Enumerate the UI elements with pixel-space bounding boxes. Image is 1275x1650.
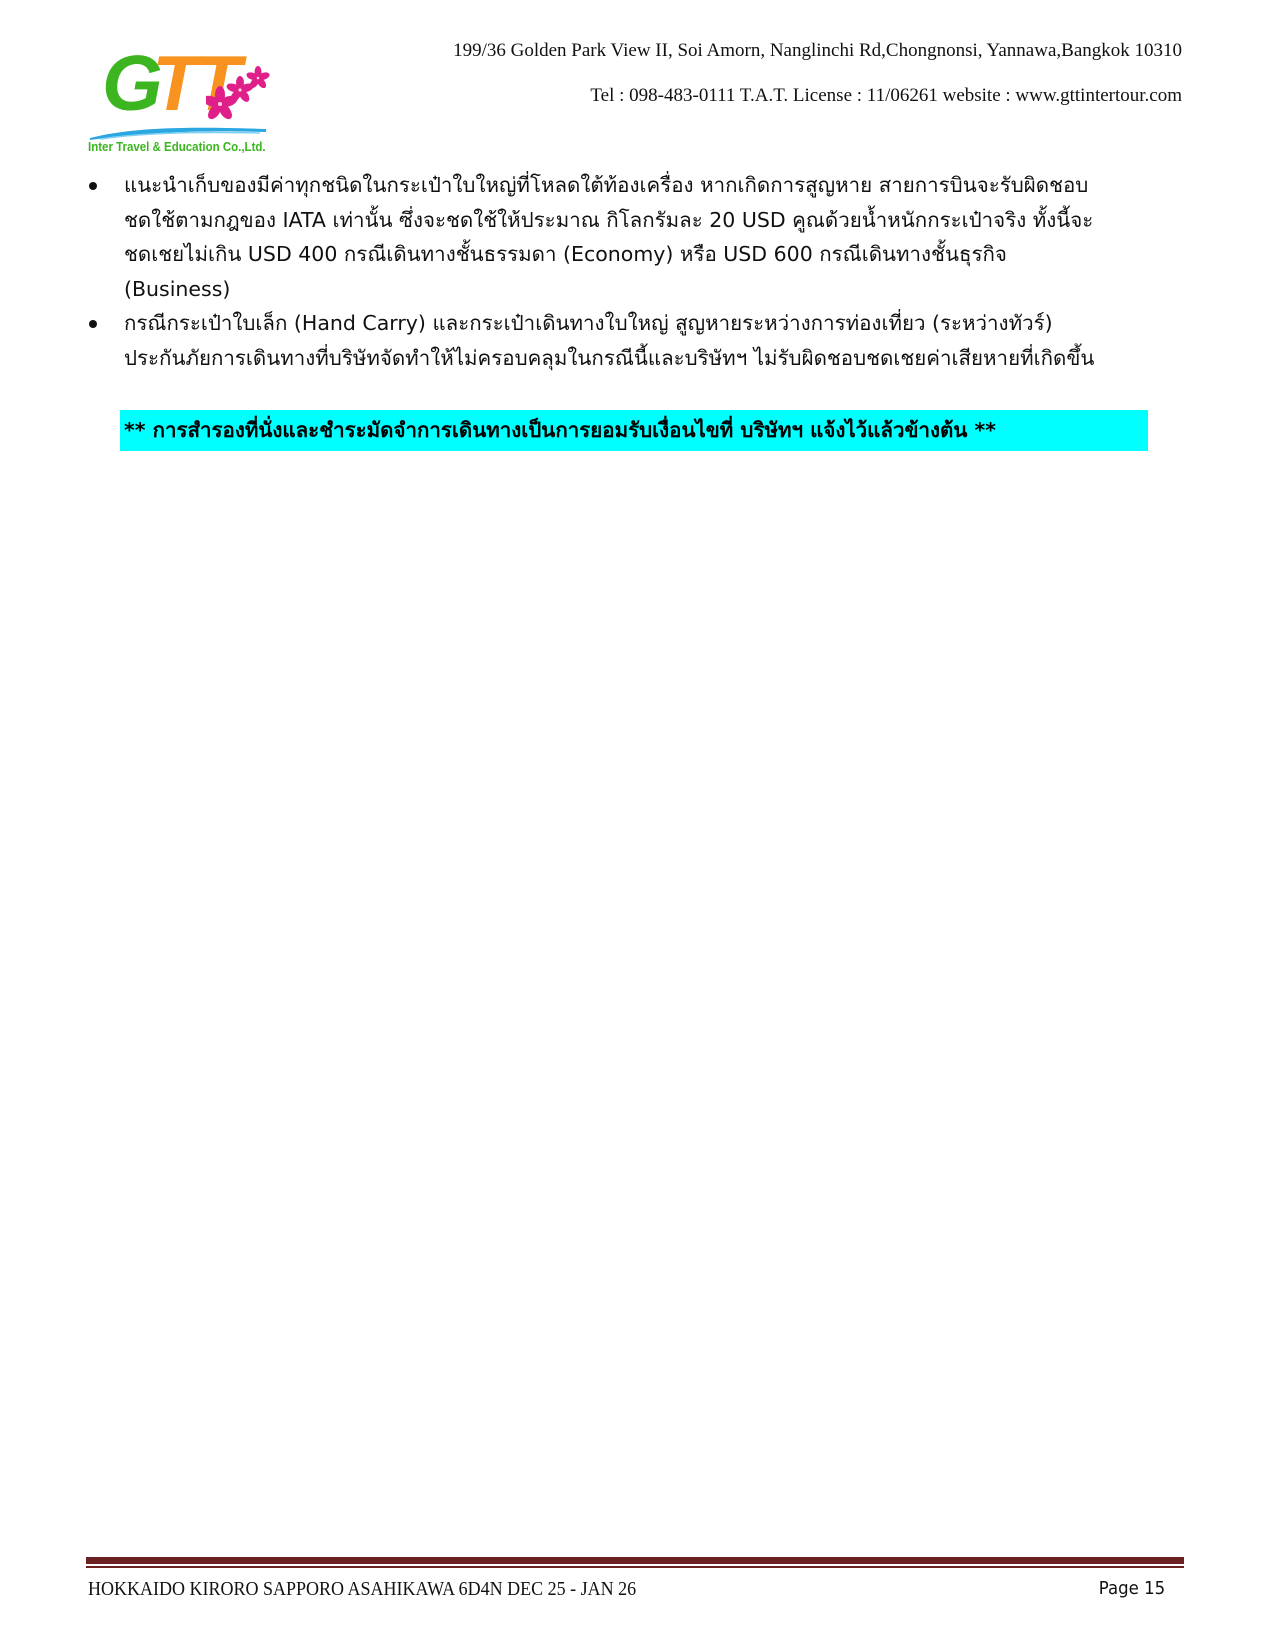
booking-acceptance-notice: ** การสำรองที่นั่งและชำระมัดจำการเดินทาง… [120, 410, 1148, 451]
bullet-icon [89, 182, 97, 190]
bullet-line: ประกันภัยการเดินทางที่บริษัทจัดทำให้ไม่ค… [124, 341, 1198, 376]
bullet-line: กรณีกระเป๋าใบเล็ก (Hand Carry) และกระเป๋… [124, 306, 1198, 341]
logo-letter-g: G [102, 44, 159, 122]
bullet-icon [89, 320, 97, 328]
bullet-line: ชดใช้ตามกฎของ IATA เท่านั้น ซึ่งจะชดใช้ใ… [124, 203, 1198, 238]
flower-icon [206, 64, 270, 124]
page-number: Page 15 [1099, 1578, 1165, 1599]
list-item: แนะนำเก็บของมีค่าทุกชนิดในกระเป๋าใบใหญ่ท… [88, 168, 1198, 306]
terms-bullet-list: แนะนำเก็บของมีค่าทุกชนิดในกระเป๋าใบใหญ่ท… [88, 168, 1198, 376]
company-contact: Tel : 098-483-0111 T.A.T. License : 11/0… [590, 85, 1182, 107]
bullet-line: (Business) [124, 272, 1198, 307]
bullet-line: แนะนำเก็บของมีค่าทุกชนิดในกระเป๋าใบใหญ่ท… [124, 168, 1198, 203]
wave-graphic [90, 126, 266, 140]
company-logo: G TT [88, 44, 273, 156]
footer-divider [86, 1557, 1184, 1564]
company-address: 199/36 Golden Park View II, Soi Amorn, N… [453, 40, 1182, 62]
bullet-line: ชดเชยไม่เกิน USD 400 กรณีเดินทางชั้นธรรม… [124, 237, 1198, 272]
list-item: กรณีกระเป๋าใบเล็ก (Hand Carry) และกระเป๋… [88, 306, 1198, 375]
footer-tour-title: HOKKAIDO KIRORO SAPPORO ASAHIKAWA 6D4N D… [88, 1578, 636, 1601]
logo-tagline: Inter Travel & Education Co.,Ltd. [88, 140, 266, 154]
footer-divider-thin [86, 1566, 1184, 1568]
